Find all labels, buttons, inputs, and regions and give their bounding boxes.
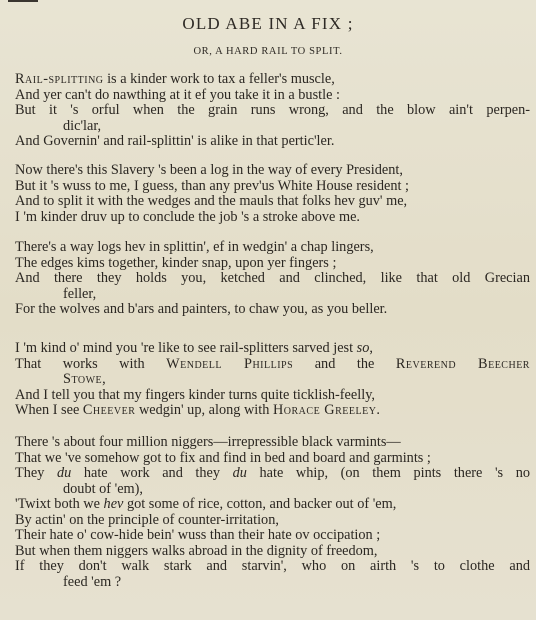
verse-line: There's a way logs hev in splittin', ef … [15, 240, 530, 256]
verse-line: If they don't walk stark and starvin', w… [15, 559, 530, 575]
verse-line: Rail-splitting is a kinder work to tax a… [15, 72, 530, 88]
small-caps-name: Cheever [83, 402, 135, 418]
stanza-2: Now there's this Slavery 's been a log i… [15, 163, 530, 225]
stanza-4: I 'm kind o' mind you 're like to see ra… [15, 341, 530, 419]
verse-line: Now there's this Slavery 's been a log i… [15, 163, 530, 179]
verse-line: By actin' on the principle of counter-ir… [15, 513, 530, 529]
small-caps-text: Rail-splitting [15, 71, 104, 87]
poem-subtitle: OR, A HARD RAIL TO SPLIT. [0, 46, 536, 57]
small-caps-name: Wendell Phillips [166, 356, 293, 372]
verse-line: But it 's orful when the grain runs wron… [15, 103, 530, 119]
stanza-3: There's a way logs hev in splittin', ef … [15, 240, 530, 318]
verse-line-continuation: feed 'em ? [15, 575, 530, 591]
verse-line: 'Twixt both we hev got some of rice, cot… [15, 497, 530, 513]
italic-emphasis: hev [104, 496, 124, 512]
verse-line: I 'm kinder druv up to conclude the job … [15, 210, 530, 226]
stanza-5: There 's about four million niggers—irre… [15, 435, 530, 590]
small-caps-name: Reverend Beecher [396, 356, 530, 372]
italic-emphasis: du [233, 465, 247, 481]
verse-line: And yer can't do nawthing at it ef you t… [15, 88, 530, 104]
verse-line: There 's about four million niggers—irre… [15, 435, 530, 451]
verse-line-continuation: Stowe, [15, 372, 530, 388]
newspaper-clipping: OLD ABE IN A FIX ; OR, A HARD RAIL TO SP… [0, 0, 536, 620]
verse-line: And I tell you that my fingers kinder tu… [15, 388, 530, 404]
verse-line: That works with Wendell Phillips and the… [15, 357, 530, 373]
verse-line: And Governin' and rail-splittin' is alik… [15, 134, 530, 150]
verse-line: And to split it with the wedges and the … [15, 194, 530, 210]
top-rule-divider [8, 0, 38, 2]
italic-emphasis: du [57, 465, 71, 481]
verse-line-continuation: dic'lar, [15, 119, 530, 135]
verse-line: They du hate work and they du hate whip,… [15, 466, 530, 482]
poem-title: OLD ABE IN A FIX ; [0, 14, 536, 34]
verse-line: When I see Cheever wedgin' up, along wit… [15, 403, 530, 419]
stanza-1: Rail-splitting is a kinder work to tax a… [15, 72, 530, 150]
verse-line: The edges kims together, kinder snap, up… [15, 256, 530, 272]
verse-line-continuation: doubt of 'em), [15, 482, 530, 498]
verse-line: I 'm kind o' mind you 're like to see ra… [15, 341, 530, 357]
verse-line: That we 've somehow got to fix and find … [15, 451, 530, 467]
small-caps-name: Horace Greeley [273, 402, 376, 418]
verse-line: For the wolves and b'ars and painters, t… [15, 302, 530, 318]
verse-line-continuation: feller, [15, 287, 530, 303]
verse-line: Their hate o' cow-hide bein' wuss than t… [15, 528, 530, 544]
small-caps-name: Stowe [63, 371, 102, 387]
verse-line: But it 's wuss to me, I guess, than any … [15, 179, 530, 195]
verse-line: But when them niggers walks abroad in th… [15, 544, 530, 560]
verse-line: And there they holds you, ketched and cl… [15, 271, 530, 287]
italic-emphasis: so [357, 340, 370, 356]
